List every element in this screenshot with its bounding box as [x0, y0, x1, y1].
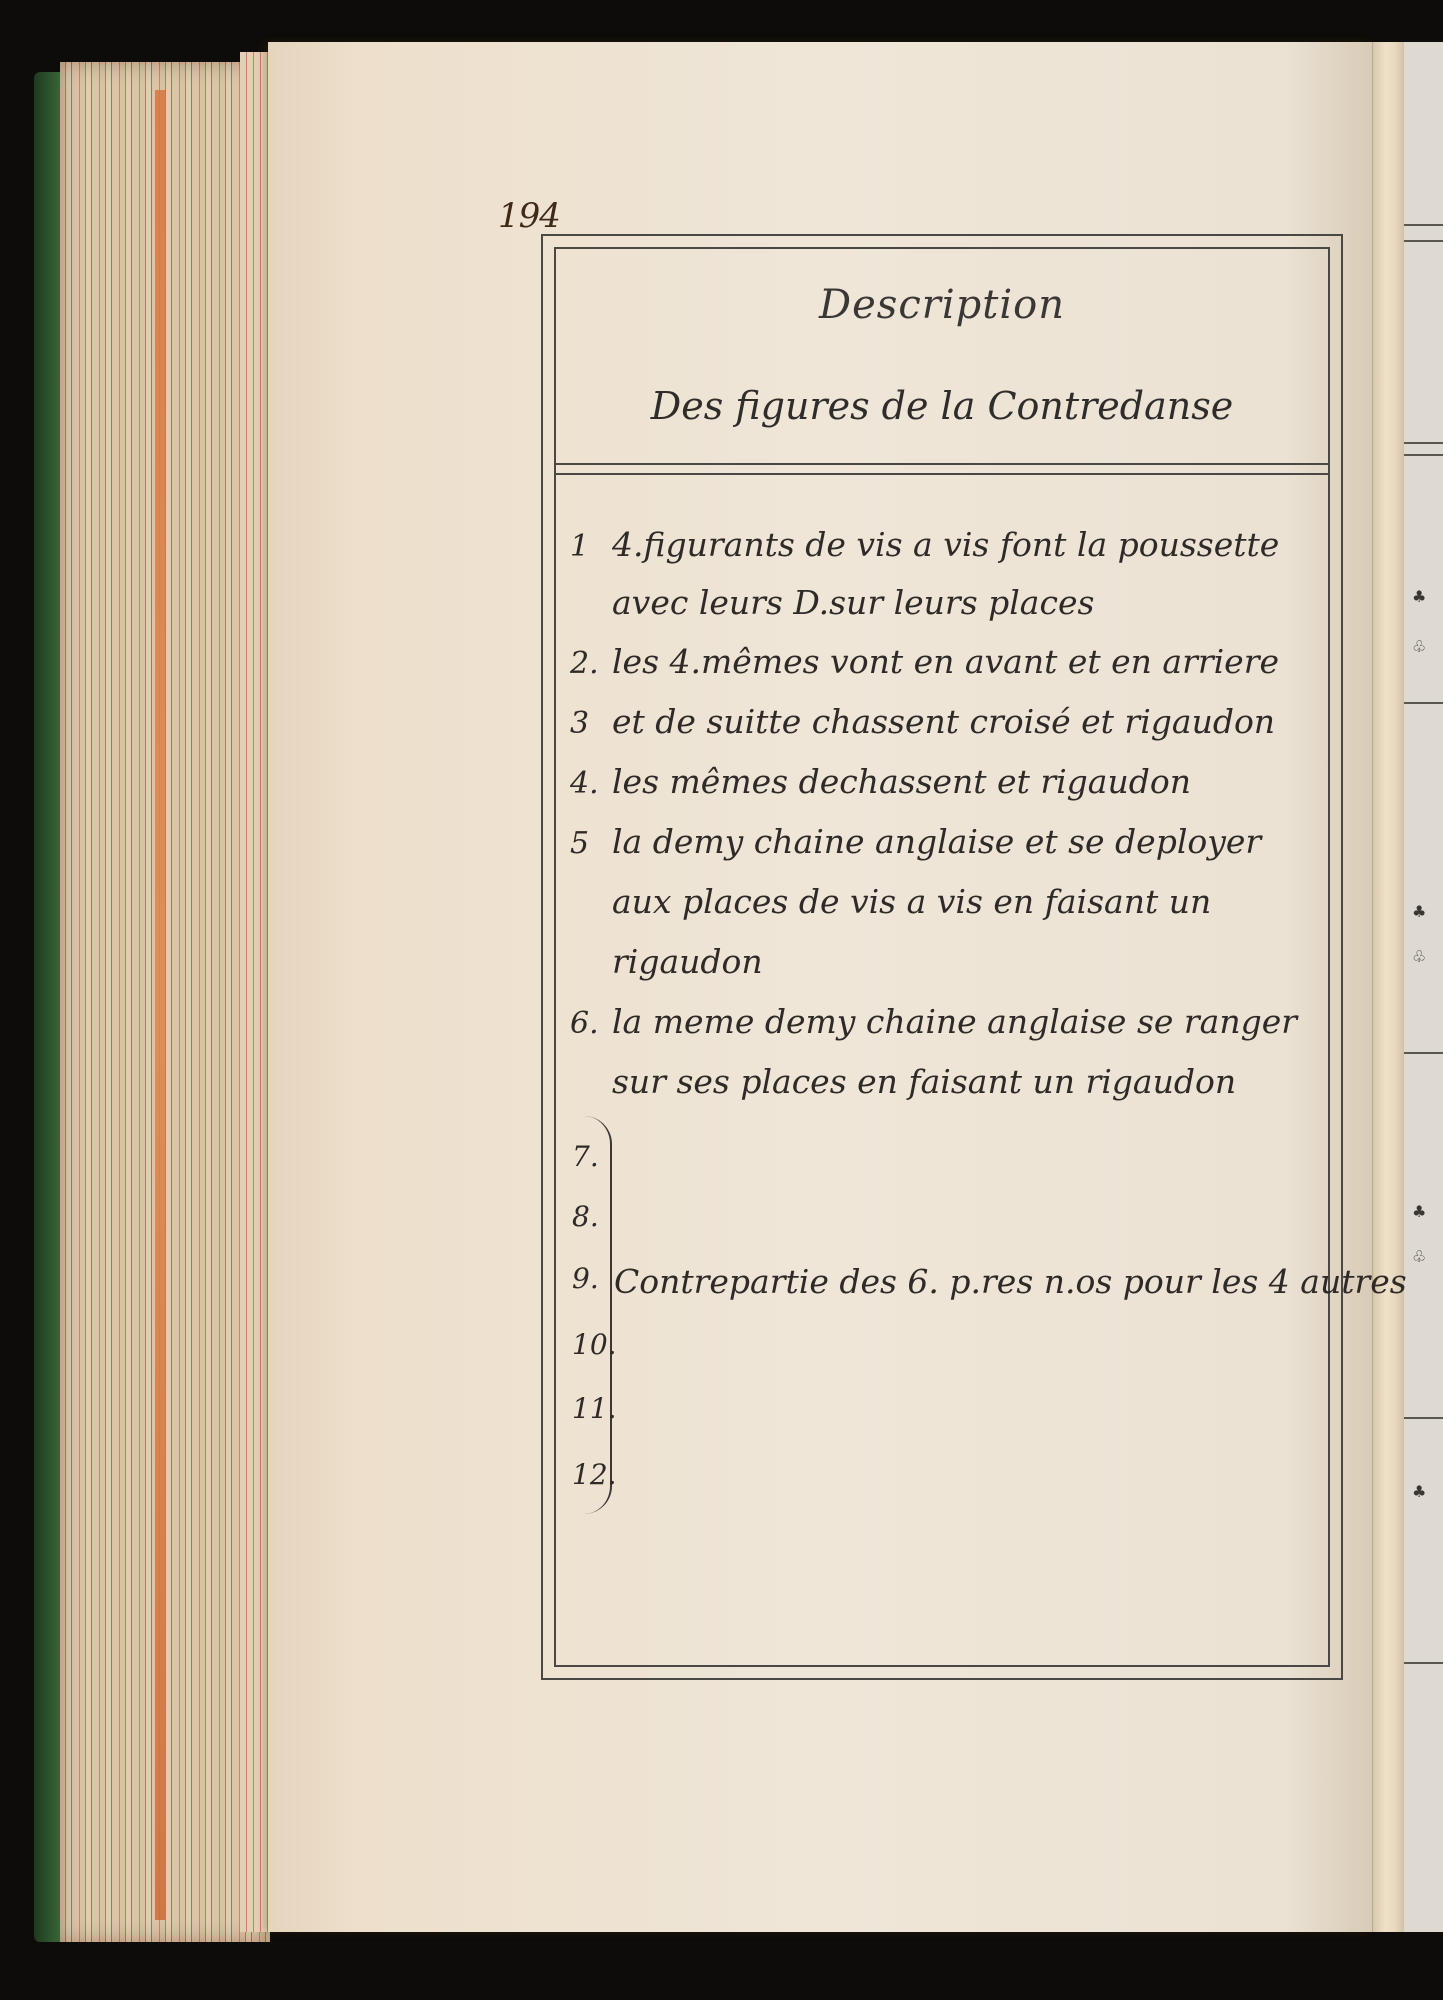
- diagram-line: [1404, 240, 1443, 242]
- item-number: 8.: [572, 1200, 599, 1233]
- item-number: 10.: [572, 1328, 617, 1361]
- dancer-symbol-icon: ♣: [1412, 587, 1426, 606]
- page-stack-edges: [60, 62, 270, 1942]
- header-divider: [556, 473, 1328, 475]
- diagram-line: [1404, 442, 1443, 444]
- list-item-continuation: aux places de vis a vis en faisant un: [570, 882, 1211, 921]
- diagram-line: [1404, 702, 1443, 704]
- item-number: 4.: [570, 766, 612, 801]
- item-number: 12.: [572, 1458, 617, 1491]
- list-item: 4.les mêmes dechassent et rigaudon: [570, 762, 1191, 801]
- item-number: 1: [570, 529, 612, 564]
- page-title: Description: [556, 282, 1328, 328]
- list-item: 14.figurants de vis a vis font la pousse…: [570, 525, 1279, 564]
- diagram-line: [1404, 1052, 1443, 1054]
- list-item: 6.la meme demy chaine anglaise se ranger: [570, 1002, 1297, 1041]
- item-text: la meme demy chaine anglaise se ranger: [612, 1002, 1297, 1041]
- diagram-line: [1404, 1662, 1443, 1664]
- page-number: 194: [498, 196, 560, 236]
- red-page-edge: [155, 90, 165, 1920]
- item-number: 9.: [572, 1262, 599, 1295]
- curly-brace: [584, 1116, 612, 1514]
- list-item-continuation: sur ses places en faisant un rigaudon: [570, 1062, 1236, 1101]
- header-divider: [556, 463, 1328, 465]
- dancer-symbol-icon: ♣: [1412, 1482, 1426, 1501]
- list-item-continuation: avec leurs D.sur leurs places: [570, 583, 1094, 622]
- item-number: 7.: [572, 1140, 599, 1173]
- list-item-continuation: rigaudon: [570, 942, 763, 981]
- dancer-symbol-icon: ♧: [1412, 637, 1426, 656]
- item-text: les mêmes dechassent et rigaudon: [612, 762, 1191, 801]
- item-text: et de suitte chassent croisé et rigaudon: [612, 702, 1275, 741]
- diagram-line: [1404, 224, 1443, 226]
- dancer-symbol-icon: ♣: [1412, 902, 1426, 921]
- item-number: 3: [570, 706, 612, 741]
- item-number: 5: [570, 826, 612, 861]
- item-number: 6.: [570, 1006, 612, 1041]
- list-item: 2.les 4.mêmes vont en avant et en arrier…: [570, 642, 1279, 681]
- item-number: 2.: [570, 646, 612, 681]
- counterpart-note: Contrepartie des 6. p.res n.os pour les …: [614, 1262, 1407, 1301]
- page-subtitle: Des figures de la Contredanse: [556, 384, 1328, 428]
- dancer-symbol-icon: ♣: [1412, 1202, 1426, 1221]
- dancer-symbol-icon: ♧: [1412, 947, 1426, 966]
- item-text: la demy chaine anglaise et se deployer: [612, 822, 1261, 861]
- dancer-symbol-icon: ♧: [1412, 1247, 1426, 1266]
- item-text: 4.figurants de vis a vis font la pousset…: [612, 525, 1279, 564]
- item-number: 11.: [572, 1392, 617, 1425]
- list-item: 3et de suitte chassent croisé et rigaudo…: [570, 702, 1275, 741]
- list-item: 5la demy chaine anglaise et se deployer: [570, 822, 1261, 861]
- item-text: les 4.mêmes vont en avant et en arriere: [612, 642, 1279, 681]
- right-page-fragment: ♣ ♧ ♣ ♧ ♣ ♧ ♣: [1404, 42, 1443, 1932]
- page-edge-lines: [240, 52, 270, 1932]
- diagram-line: [1404, 1417, 1443, 1419]
- diagram-line: [1404, 454, 1443, 456]
- book-gutter: [1372, 42, 1407, 1932]
